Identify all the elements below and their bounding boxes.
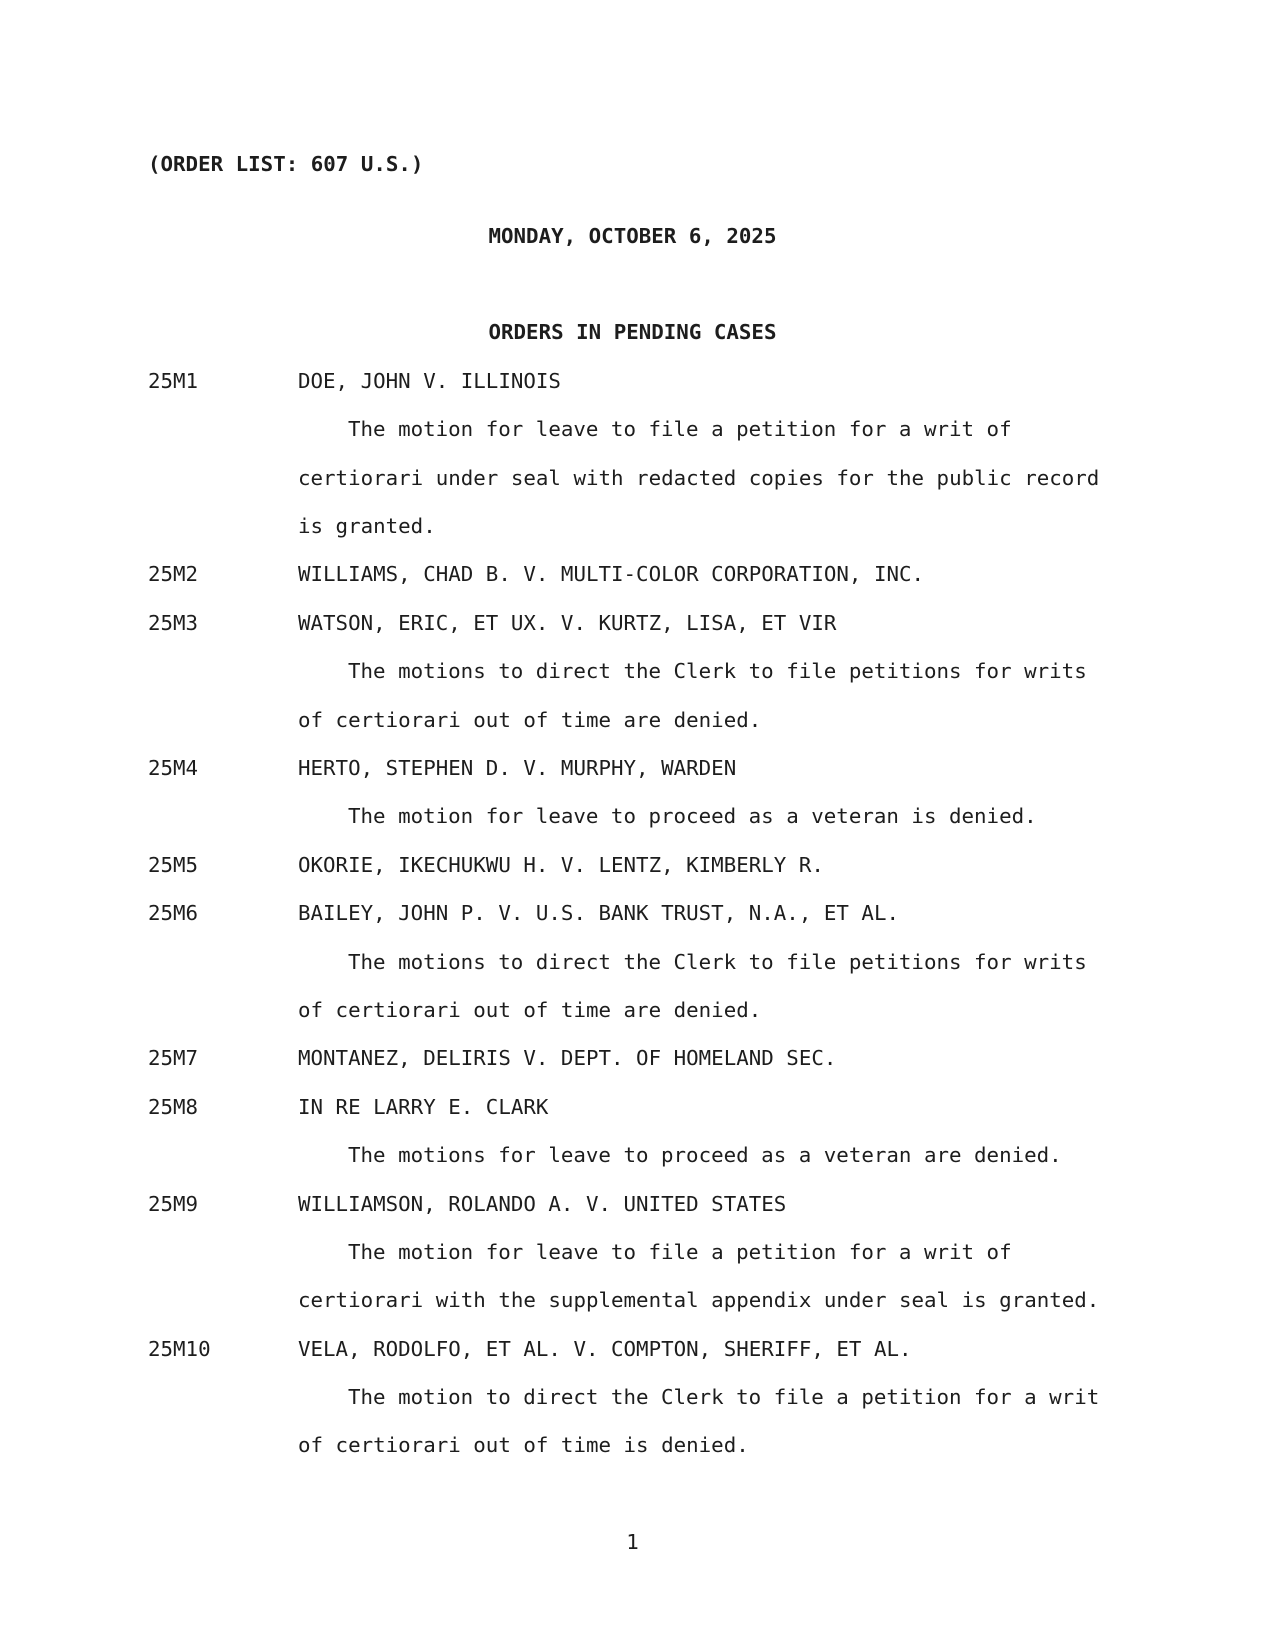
order-text-line: is granted.: [148, 502, 1117, 550]
case-row: 25M3WATSON, ERIC, ET UX. V. KURTZ, LISA,…: [148, 599, 1117, 647]
case-row: 25M8IN RE LARRY E. CLARK: [148, 1083, 1117, 1131]
spacer: [148, 260, 1117, 309]
case-row: 25M7MONTANEZ, DELIRIS V. DEPT. OF HOMELA…: [148, 1034, 1117, 1082]
case-row: 25M2WILLIAMS, CHAD B. V. MULTI-COLOR COR…: [148, 550, 1117, 598]
case-row: 25M9WILLIAMSON, ROLANDO A. V. UNITED STA…: [148, 1180, 1117, 1228]
case-title: WILLIAMS, CHAD B. V. MULTI-COLOR CORPORA…: [298, 562, 924, 586]
case-number: 25M3: [148, 599, 298, 647]
cases-list: 25M1DOE, JOHN V. ILLINOISThe motion for …: [148, 357, 1117, 1470]
order-text-line: certiorari with the supplemental appendi…: [148, 1276, 1117, 1324]
order-text-line: The motion to direct the Clerk to file a…: [148, 1373, 1117, 1421]
order-text-line: of certiorari out of time are denied.: [148, 986, 1117, 1034]
case-number: 25M10: [148, 1325, 298, 1373]
order-text-line: The motions for leave to proceed as a ve…: [148, 1131, 1117, 1179]
case-row: 25M6BAILEY, JOHN P. V. U.S. BANK TRUST, …: [148, 889, 1117, 937]
document-content: (ORDER LIST: 607 U.S.) MONDAY, OCTOBER 6…: [148, 140, 1117, 1470]
case-row: 25M5OKORIE, IKECHUKWU H. V. LENTZ, KIMBE…: [148, 841, 1117, 889]
order-text-line: certiorari under seal with redacted copi…: [148, 454, 1117, 502]
case-row: 25M4HERTO, STEPHEN D. V. MURPHY, WARDEN: [148, 744, 1117, 792]
case-number: 25M7: [148, 1034, 298, 1082]
order-text-line: The motion for leave to file a petition …: [148, 1228, 1117, 1276]
order-text-line: of certiorari out of time are denied.: [148, 696, 1117, 744]
order-text-line: The motions to direct the Clerk to file …: [148, 647, 1117, 695]
spacer: [148, 188, 1117, 211]
case-title: MONTANEZ, DELIRIS V. DEPT. OF HOMELAND S…: [298, 1046, 836, 1070]
case-title: VELA, RODOLFO, ET AL. V. COMPTON, SHERIF…: [298, 1337, 912, 1361]
case-title: OKORIE, IKECHUKWU H. V. LENTZ, KIMBERLY …: [298, 853, 824, 877]
case-title: HERTO, STEPHEN D. V. MURPHY, WARDEN: [298, 756, 736, 780]
case-title: DOE, JOHN V. ILLINOIS: [298, 369, 561, 393]
order-text-line: The motion for leave to file a petition …: [148, 405, 1117, 453]
case-number: 25M6: [148, 889, 298, 937]
case-title: WATSON, ERIC, ET UX. V. KURTZ, LISA, ET …: [298, 611, 836, 635]
case-title: IN RE LARRY E. CLARK: [298, 1095, 548, 1119]
order-text-line: of certiorari out of time is denied.: [148, 1421, 1117, 1469]
case-number: 25M8: [148, 1083, 298, 1131]
case-title: BAILEY, JOHN P. V. U.S. BANK TRUST, N.A.…: [298, 901, 899, 925]
order-text-line: The motion for leave to proceed as a vet…: [148, 792, 1117, 840]
order-text-line: The motions to direct the Clerk to file …: [148, 938, 1117, 986]
document-page: (ORDER LIST: 607 U.S.) MONDAY, OCTOBER 6…: [0, 0, 1265, 1637]
page-number: 1: [148, 1518, 1117, 1566]
section-title: ORDERS IN PENDING CASES: [148, 308, 1117, 356]
case-row: 25M10VELA, RODOLFO, ET AL. V. COMPTON, S…: [148, 1325, 1117, 1373]
case-row: 25M1DOE, JOHN V. ILLINOIS: [148, 357, 1117, 405]
case-number: 25M9: [148, 1180, 298, 1228]
date-heading: MONDAY, OCTOBER 6, 2025: [148, 212, 1117, 260]
case-number: 25M2: [148, 550, 298, 598]
case-number: 25M1: [148, 357, 298, 405]
case-number: 25M5: [148, 841, 298, 889]
order-list-citation: (ORDER LIST: 607 U.S.): [148, 140, 1117, 188]
case-title: WILLIAMSON, ROLANDO A. V. UNITED STATES: [298, 1192, 786, 1216]
case-number: 25M4: [148, 744, 298, 792]
